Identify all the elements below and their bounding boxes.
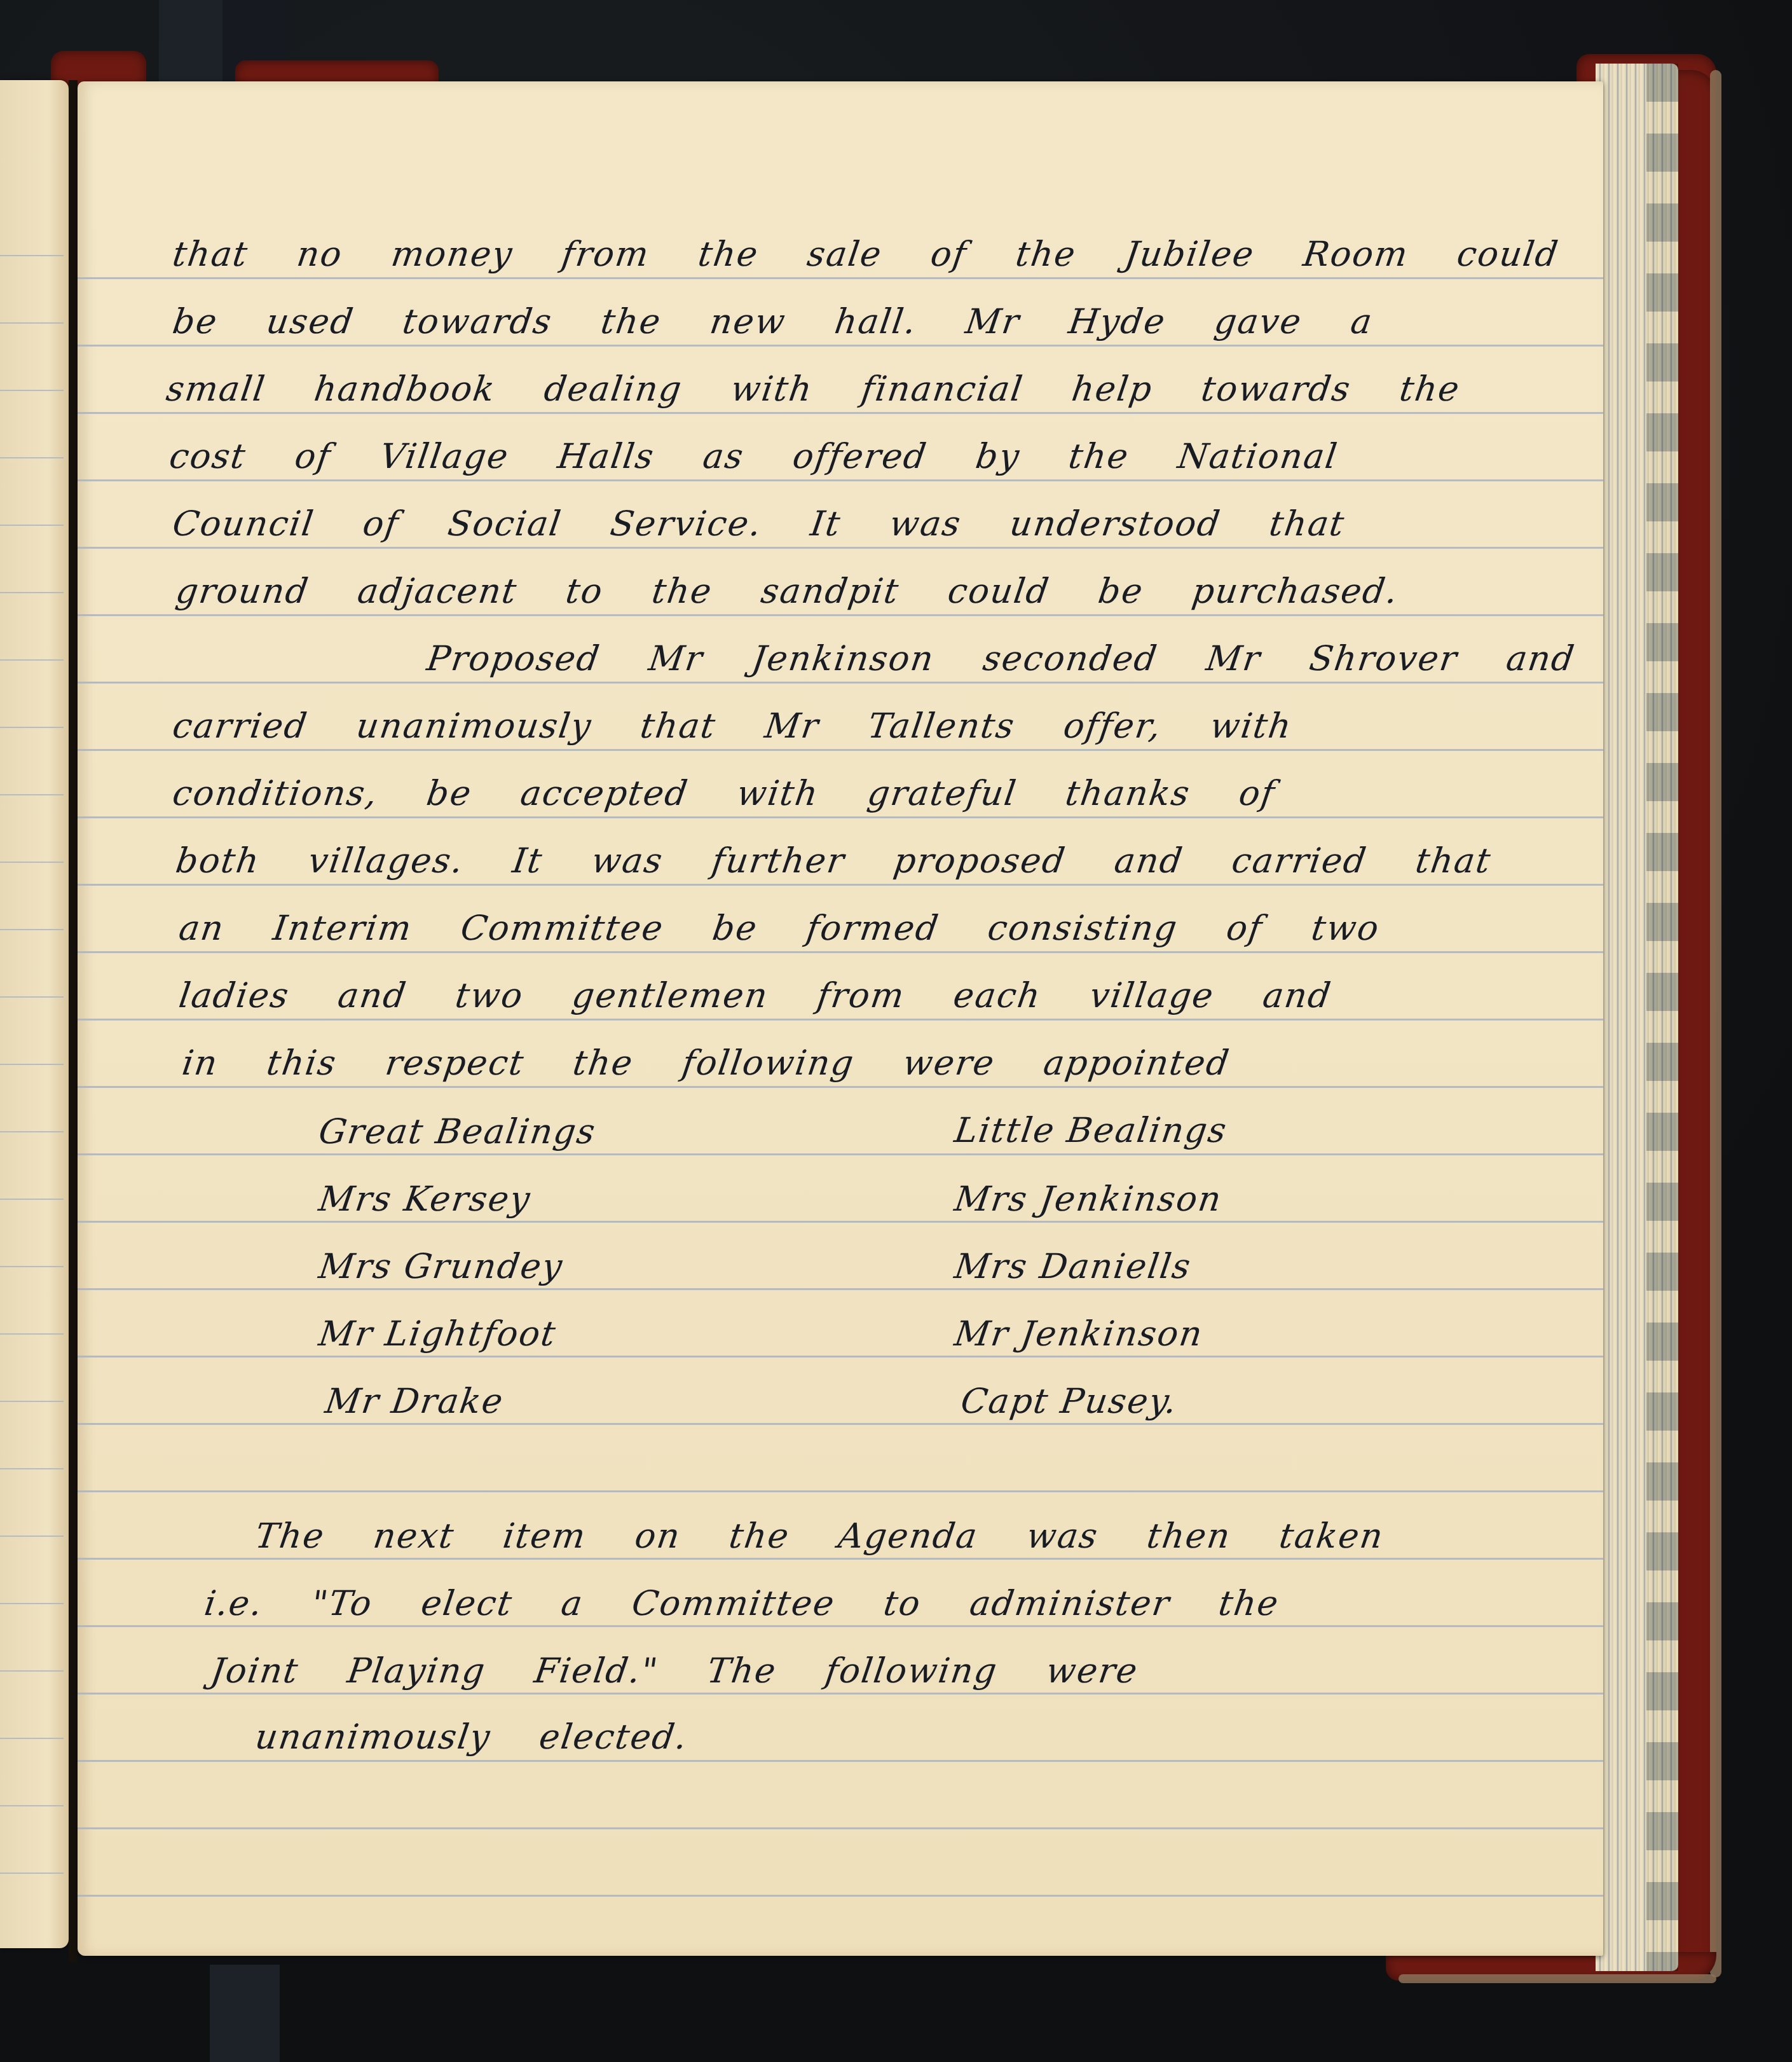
cover-fray-bottom: [1399, 1974, 1716, 1983]
rule-line: [0, 862, 64, 863]
left-page-edge: [0, 80, 69, 1948]
handwritten-line: unanimously elected.: [253, 1717, 691, 1757]
rule-line: [0, 1536, 64, 1537]
handwritten-line: Council of Social Service. It was unders…: [170, 504, 1348, 544]
appointee-great-bealings: Mrs Kersey: [317, 1179, 534, 1219]
handwritten-line: cost of Village Halls as offered by the …: [167, 436, 1341, 476]
rule-line: [78, 749, 1603, 751]
rule-line: [78, 884, 1603, 886]
rule-line: [0, 1064, 64, 1065]
book-gutter: [69, 80, 78, 1962]
binding-strip: [159, 0, 222, 83]
rule-line: [78, 1423, 1603, 1425]
rule-line: [0, 727, 64, 728]
cover-fray-right: [1710, 70, 1721, 1977]
rule-line: [78, 816, 1603, 818]
rule-line: [78, 1625, 1603, 1627]
handwritten-line: The next item on the Agenda was then tak…: [253, 1516, 1386, 1556]
rule-line: [0, 659, 64, 661]
handwritten-line: both villages. It was further proposed a…: [174, 841, 1494, 881]
rule-line: [78, 1019, 1603, 1021]
rule-line: [78, 1288, 1603, 1290]
rule-line: [0, 1401, 64, 1402]
rule-line: [0, 1805, 64, 1806]
rule-line: [78, 1221, 1603, 1223]
rule-line: [78, 412, 1603, 414]
appointee-little-bealings: Mr Jenkinson: [952, 1314, 1206, 1354]
handwritten-line: in this respect the following were appoi…: [180, 1043, 1233, 1083]
rule-line: [78, 682, 1603, 684]
rule-line: [78, 1356, 1603, 1357]
rule-line: [78, 479, 1603, 481]
handwritten-line: small handbook dealing with financial he…: [164, 369, 1463, 409]
column-header-great-bealings: Great Bealings: [317, 1111, 599, 1151]
rule-line: [78, 1490, 1603, 1492]
rule-line: [0, 794, 64, 795]
rule-line: [0, 525, 64, 526]
rule-line: [0, 996, 64, 998]
rule-line: [0, 1131, 64, 1132]
rule-line: [0, 322, 64, 324]
rule-line: [78, 614, 1603, 616]
column-header-little-bealings: Little Bealings: [952, 1110, 1230, 1150]
rule-line: [78, 277, 1603, 279]
rule-line: [0, 1468, 64, 1469]
page-stack-edges: [1596, 64, 1678, 1971]
notebook-page: that no money from the sale of the Jubil…: [78, 81, 1603, 1956]
handwritten-line: ground adjacent to the sandpit could be …: [174, 571, 1402, 611]
appointee-little-bealings: Capt Pusey.: [959, 1381, 1180, 1421]
rule-line: [0, 1199, 64, 1200]
rule-line: [0, 1670, 64, 1672]
rule-line: [0, 1603, 64, 1604]
rule-line: [0, 1333, 64, 1335]
handwritten-line: that no money from the sale of the Jubil…: [170, 234, 1562, 274]
handwritten-line: conditions, be accepted with grateful th…: [170, 773, 1278, 813]
handwritten-line: be used towards the new hall. Mr Hyde ga…: [170, 301, 1376, 341]
rule-line: [78, 1693, 1603, 1694]
appointee-great-bealings: Mrs Grundey: [317, 1246, 566, 1286]
appointee-little-bealings: Mrs Daniells: [952, 1246, 1194, 1286]
rule-line: [0, 255, 64, 256]
handwritten-line: Joint Playing Field." The following were: [209, 1651, 1141, 1691]
rule-line: [78, 1086, 1603, 1088]
appointee-little-bealings: Mrs Jenkinson: [952, 1179, 1225, 1219]
rule-line: [78, 1827, 1603, 1829]
rule-line: [0, 390, 64, 391]
handwritten-line: ladies and two gentlemen from each villa…: [177, 975, 1334, 1015]
rule-line: [78, 1153, 1603, 1155]
appointee-great-bealings: Mr Lightfoot: [317, 1314, 559, 1354]
rule-line: [0, 1873, 64, 1874]
rule-line: [78, 951, 1603, 953]
appointee-great-bealings: Mr Drake: [323, 1381, 507, 1421]
rule-line: [0, 1738, 64, 1739]
rule-line: [78, 547, 1603, 549]
handwritten-line: an Interim Committee be formed consistin…: [177, 908, 1383, 948]
rule-line: [0, 929, 64, 930]
rule-line: [78, 1895, 1603, 1897]
handwritten-line: carried unanimously that Mr Tallents off…: [170, 706, 1295, 746]
rule-line: [0, 457, 64, 458]
rule-line: [0, 1266, 64, 1267]
handwritten-line: Proposed Mr Jenkinson seconded Mr Shrove…: [425, 638, 1578, 678]
rule-line: [78, 1760, 1603, 1762]
binding-strip: [210, 1965, 280, 2062]
rule-line: [78, 345, 1603, 347]
handwritten-line: i.e. "To elect a Committee to administer…: [202, 1583, 1282, 1623]
rule-line: [78, 1558, 1603, 1560]
rule-line: [0, 592, 64, 593]
